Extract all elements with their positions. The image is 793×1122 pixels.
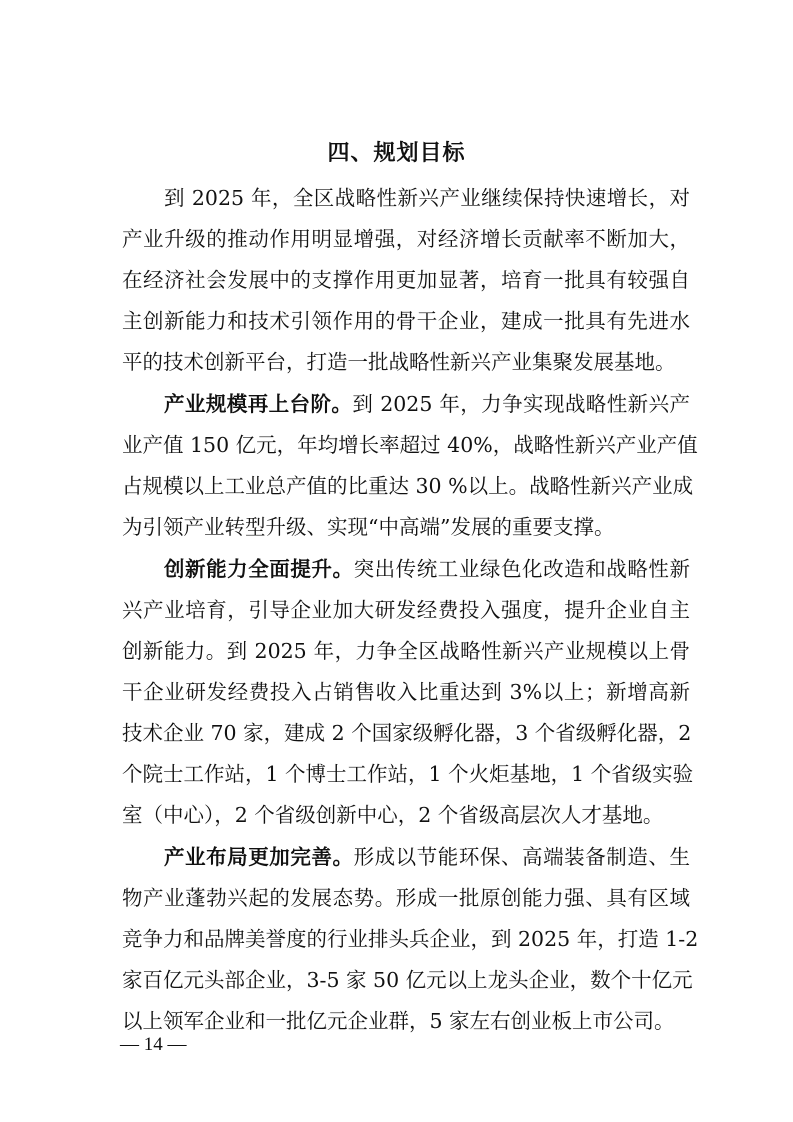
paragraph-line: 产业布局更加完善。形成以节能环保、高端装备制造、生 <box>164 842 690 872</box>
paragraph-line: 在经济社会发展中的支撑作用更加显著，培育一批具有较强自 <box>122 265 690 295</box>
paragraph-heading: 产业规模再上台阶。 <box>164 392 352 416</box>
paragraph-line: 平的技术创新平台，打造一批战略性新兴产业集聚发展基地。 <box>122 347 690 377</box>
page-number: — 14 — <box>120 1034 187 1056</box>
paragraph-line: 占规模以上工业总产值的比重达 30 %以上。战略性新兴产业成 <box>122 471 690 501</box>
paragraph-line: 为引领产业转型升级、实现“中高端”发展的重要支撑。 <box>122 512 690 542</box>
paragraph-line: 竞争力和品牌美誉度的行业排头兵企业，到 2025 年，打造 1-2 <box>122 924 690 954</box>
paragraph-line: 到 2025 年，全区战略性新兴产业继续保持快速增长，对 <box>164 183 690 213</box>
paragraph-line: 技术企业 70 家，建成 2 个国家级孵化器，3 个省级孵化器，2 <box>122 718 690 748</box>
paragraph-line: 创新能力。到 2025 年，力争全区战略性新兴产业规模以上骨 <box>122 636 690 666</box>
paragraph-line: 室（中心），2 个省级创新中心，2 个省级高层次人才基地。 <box>122 800 690 830</box>
paragraph-line: 主创新能力和技术引领作用的骨干企业，建成一批具有先进水 <box>122 306 690 336</box>
paragraph-line: 物产业蓬勃兴起的发展态势。形成一批原创能力强、具有区域 <box>122 883 690 913</box>
paragraph-line: 干企业研发经费投入占销售收入比重达到 3%以上；新增高新 <box>122 677 690 707</box>
paragraph-heading: 产业布局更加完善。 <box>164 845 354 869</box>
paragraph-line: 业产值 150 亿元，年均增长率超过 40%，战略性新兴产业产值 <box>122 430 690 460</box>
paragraph-heading: 创新能力全面提升。 <box>164 557 354 581</box>
paragraph-text: 突出传统工业绿色化改造和战略性新 <box>354 557 690 581</box>
paragraph-line: 兴产业培育，引导企业加大研发经费投入强度，提升企业自主 <box>122 595 690 625</box>
paragraph-text: 形成以节能环保、高端装备制造、生 <box>354 845 690 869</box>
paragraph-line: 个院士工作站，1 个博士工作站，1 个火炬基地，1 个省级实验 <box>122 759 690 789</box>
section-title: 四、规划目标 <box>0 136 793 167</box>
paragraph-line: 产业升级的推动作用明显增强，对经济增长贡献率不断加大， <box>122 224 690 254</box>
paragraph-text: 到 2025 年，力争实现战略性新兴产 <box>352 392 690 416</box>
paragraph-line: 创新能力全面提升。突出传统工业绿色化改造和战略性新 <box>164 554 690 584</box>
paragraph-line: 产业规模再上台阶。到 2025 年，力争实现战略性新兴产 <box>164 389 690 419</box>
paragraph-line: 以上领军企业和一批亿元企业群，5 家左右创业板上市公司。 <box>122 1006 690 1036</box>
paragraph-line: 家百亿元头部企业，3-5 家 50 亿元以上龙头企业，数个十亿元 <box>122 965 690 995</box>
